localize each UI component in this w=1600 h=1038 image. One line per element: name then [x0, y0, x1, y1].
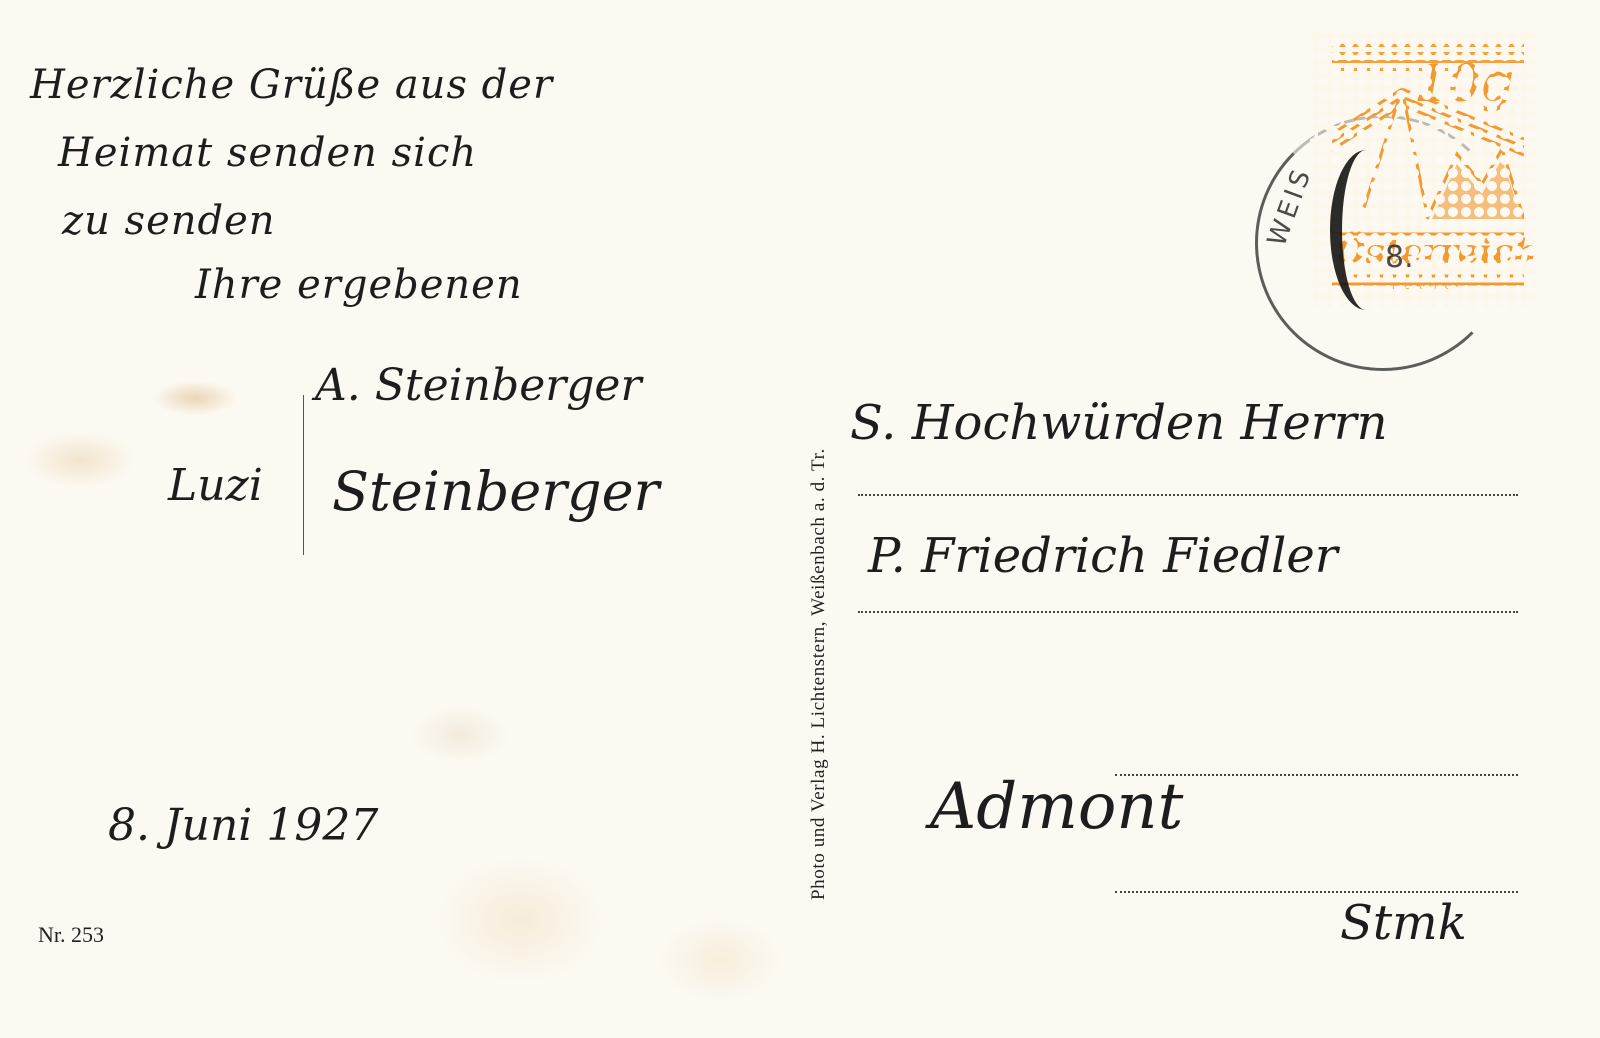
address-salutation: S. Hochwürden Herrn — [850, 395, 1388, 451]
signature-last-name: Steinberger — [332, 460, 659, 523]
address-city: Admont — [930, 770, 1183, 844]
publisher-imprint: Photo und Verlag H. Lichtenstern, Weißen… — [808, 448, 830, 900]
message-line-2: Heimat senden sich — [58, 130, 477, 176]
message-line-3: zu senden — [62, 198, 276, 244]
stamp-designer: F. ZERRITSCH — [1392, 282, 1459, 292]
address-line-4 — [1115, 891, 1518, 893]
address-name: P. Friedrich Fiedler — [868, 528, 1338, 584]
postmark-day: 8. — [1385, 240, 1414, 275]
address-line-1 — [858, 494, 1518, 496]
address-region: Stmk — [1340, 895, 1467, 951]
postmark-cancel-bar — [1330, 150, 1402, 310]
postcard: Herzliche Grüße aus der Heimat senden si… — [0, 0, 1600, 1038]
catalog-number: Nr. 253 — [38, 922, 104, 948]
written-date: 8. Juni 1927 — [108, 800, 378, 851]
address-line-2 — [858, 611, 1518, 613]
signature-divider — [303, 395, 304, 555]
message-line-4: Ihre ergebenen — [195, 262, 523, 308]
signature-first-name: Luzi — [168, 460, 263, 511]
signature-a-steinberger: A. Steinberger — [315, 360, 642, 411]
address-line-3 — [1115, 774, 1518, 776]
stamp-value: 10g — [1415, 54, 1514, 114]
message-line-1: Herzliche Grüße aus der — [30, 62, 553, 108]
